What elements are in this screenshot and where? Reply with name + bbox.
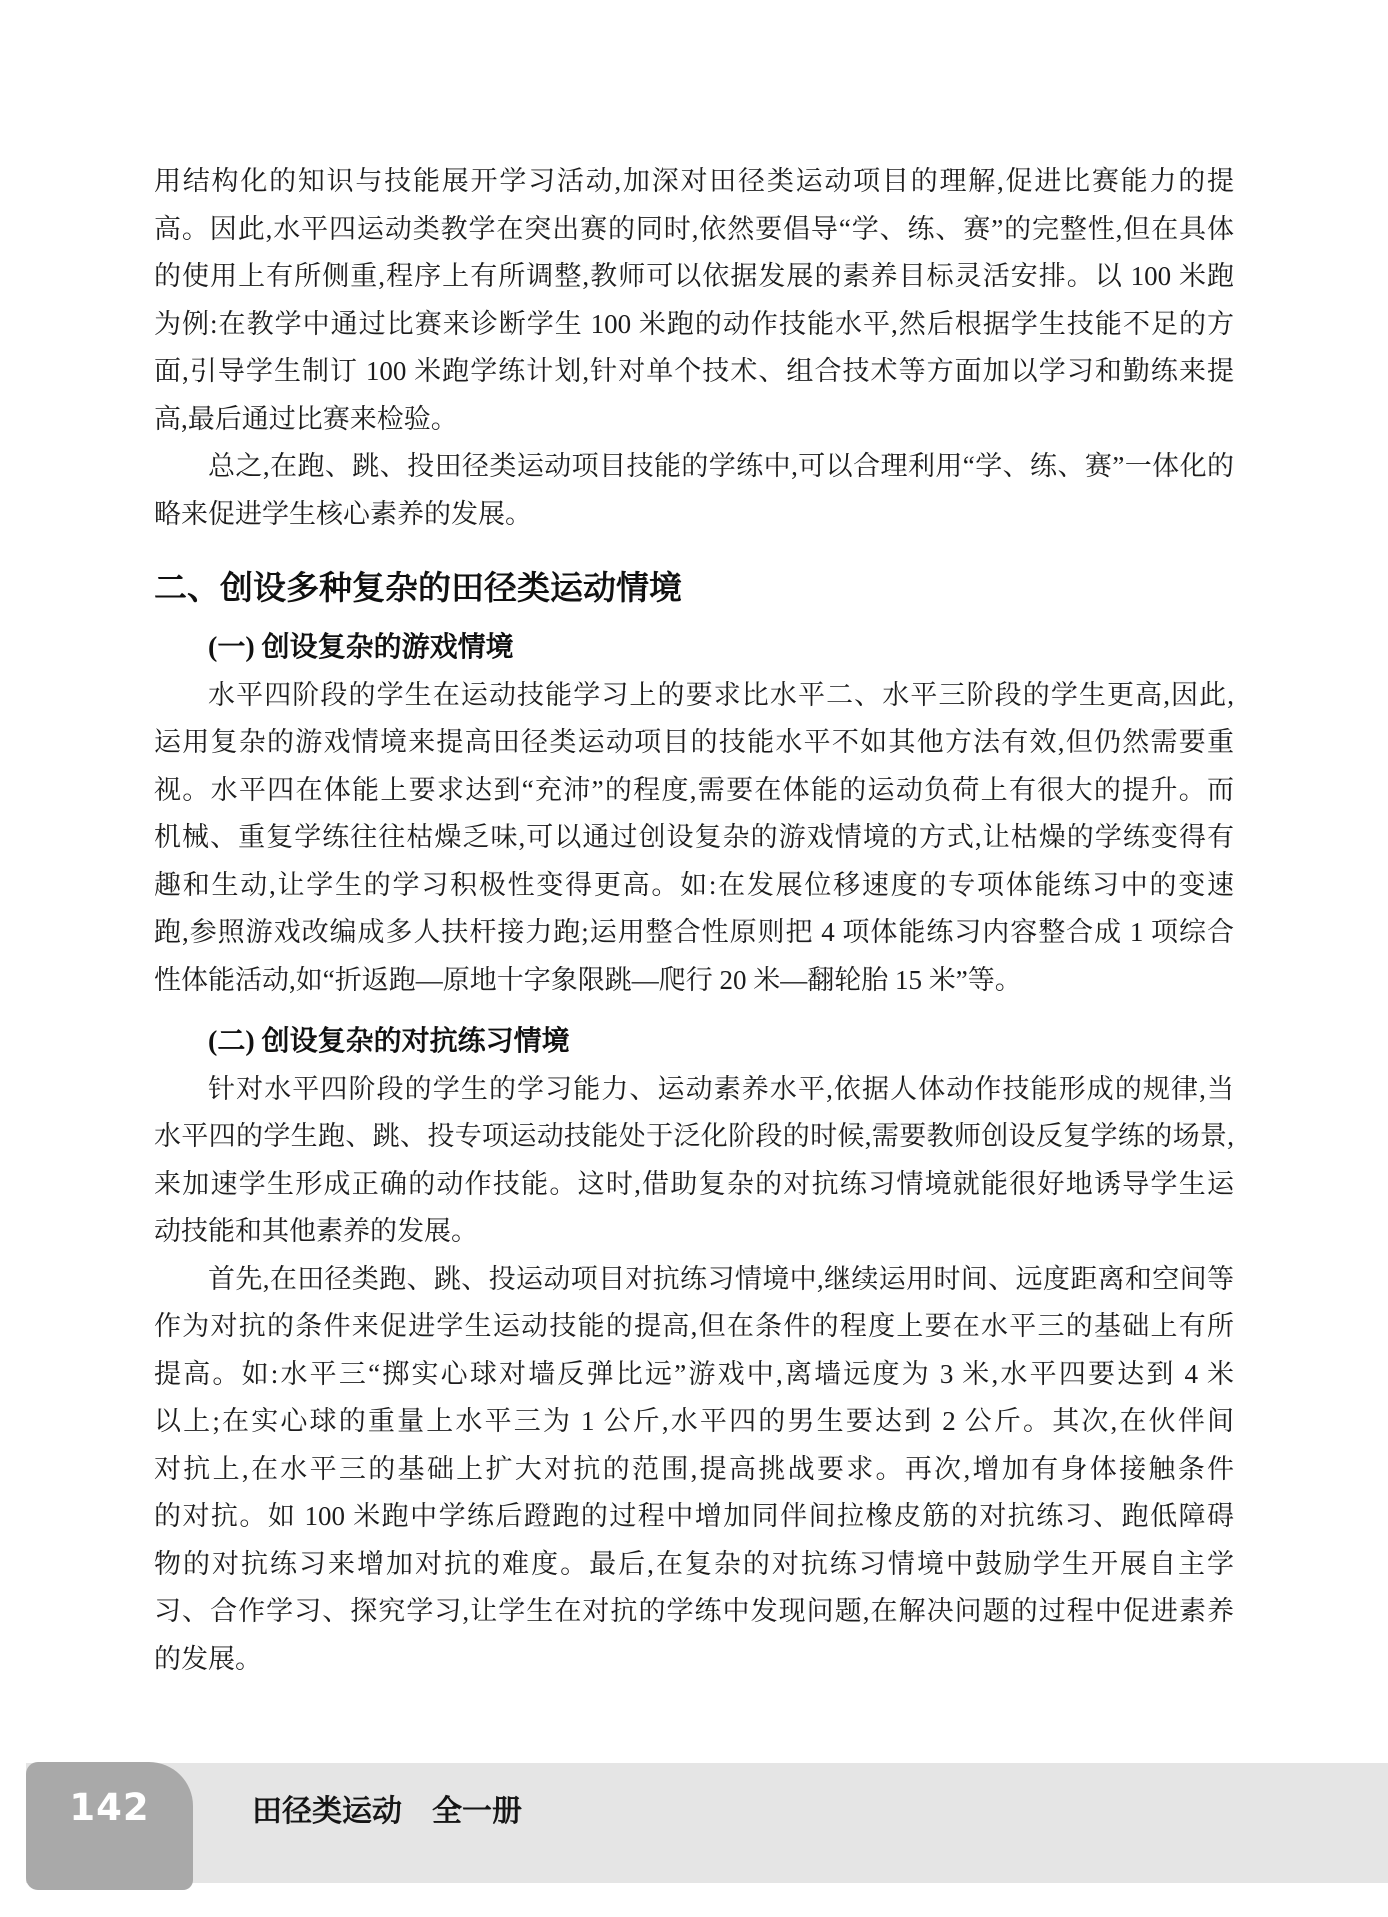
text-line: 高。因此,水平四运动类教学在突出赛的同时,依然要倡导“学、练、赛”的完整性,但在… [154,206,1234,254]
text-line: 对抗上,在水平三的基础上扩大对抗的范围,提高挑战要求。再次,增加有身体接触条件 [154,1446,1234,1494]
text-line: 提高。如:水平三“掷实心球对墙反弹比远”游戏中,离墙远度为 3 米,水平四要达到… [154,1351,1234,1399]
paragraph: 水平四阶段的学生在运动技能学习上的要求比水平二、水平三阶段的学生更高,因此,运用… [154,672,1234,1005]
text-line: 习、合作学习、探究学习,让学生在对抗的学练中发现问题,在解决问题的过程中促进素养 [154,1588,1234,1636]
text-line: 以上;在实心球的重量上水平三为 1 公斤,水平四的男生要达到 2 公斤。其次,在… [154,1398,1234,1446]
page-number: 142 [69,1786,149,1829]
paragraph: 总之,在跑、跳、投田径类运动项目技能的学练中,可以合理利用“学、练、赛”一体化的… [154,443,1234,538]
text-line: 面,引导学生制订 100 米跑学练计划,针对单个技术、组合技术等方面加以学习和勤… [154,348,1234,396]
text-line: 来加速学生形成正确的动作技能。这时,借助复杂的对抗练习情境就能很好地诱导学生运 [154,1161,1234,1209]
text-line: 运用复杂的游戏情境来提高田径类运动项目的技能水平不如其他方法有效,但仍然需要重 [154,719,1234,767]
book-title: 田径类运动 全一册 [252,1794,522,1830]
text-line: 的对抗。如 100 米跑中学练后蹬跑的过程中增加同伴间拉橡皮筋的对抗练习、跑低障… [154,1493,1234,1541]
footer-band [26,1763,1388,1883]
text-line: 视。水平四在体能上要求达到“充沛”的程度,需要在体能的运动负荷上有很大的提升。而 [154,767,1234,815]
text-line: 物的对抗练习来增加对抗的难度。最后,在复杂的对抗练习情境中鼓励学生开展自主学 [154,1541,1234,1589]
text-line: 跑,参照游戏改编成多人扶杆接力跑;运用整合性原则把 4 项体能练习内容整合成 1… [154,909,1234,957]
section-heading: 二、创设多种复杂的田径类运动情境 [154,566,1234,610]
text-line: 作为对抗的条件来促进学生运动技能的提高,但在条件的程度上要在水平三的基础上有所 [154,1303,1234,1351]
text-line: 总之,在跑、跳、投田径类运动项目技能的学练中,可以合理利用“学、练、赛”一体化的… [154,443,1234,491]
text-line: 高,最后通过比赛来检验。 [154,396,1234,444]
text-line: 为例:在教学中通过比赛来诊断学生 100 米跑的动作技能水平,然后根据学生技能不… [154,301,1234,349]
text-line: 用结构化的知识与技能展开学习活动,加深对田径类运动项目的理解,促进比赛能力的提 [154,158,1234,206]
page-number-tab: 142 [26,1762,193,1890]
text-line: 首先,在田径类跑、跳、投运动项目对抗练习情境中,继续运用时间、远度距离和空间等 [154,1256,1234,1304]
paragraph: 用结构化的知识与技能展开学习活动,加深对田径类运动项目的理解,促进比赛能力的提高… [154,158,1234,443]
subsection-heading: (一) 创设复杂的游戏情境 [154,624,1234,672]
text-line: 略来促进学生核心素养的发展。 [154,491,1234,539]
text-line: 水平四的学生跑、跳、投专项运动技能处于泛化阶段的时候,需要教师创设反复学练的场景… [154,1113,1234,1161]
paragraph: 针对水平四阶段的学生的学习能力、运动素养水平,依据人体动作技能形成的规律,当水平… [154,1066,1234,1256]
text-line: 动技能和其他素养的发展。 [154,1208,1234,1256]
page: 用结构化的知识与技能展开学习活动,加深对田径类运动项目的理解,促进比赛能力的提高… [0,0,1388,1917]
paragraph: 首先,在田径类跑、跳、投运动项目对抗练习情境中,继续运用时间、远度距离和空间等作… [154,1256,1234,1684]
subsection-heading: (二) 创设复杂的对抗练习情境 [154,1018,1234,1066]
text-line: 性体能活动,如“折返跑—原地十字象限跳—爬行 20 米—翻轮胎 15 米”等。 [154,957,1234,1005]
text-line: 趣和生动,让学生的学习积极性变得更高。如:在发展位移速度的专项体能练习中的变速 [154,862,1234,910]
text-line: 的发展。 [154,1636,1234,1684]
text-line: 机械、重复学练往往枯燥乏味,可以通过创设复杂的游戏情境的方式,让枯燥的学练变得有 [154,814,1234,862]
text-line: 的使用上有所侧重,程序上有所调整,教师可以依据发展的素养目标灵活安排。以 100… [154,253,1234,301]
document-body: 用结构化的知识与技能展开学习活动,加深对田径类运动项目的理解,促进比赛能力的提高… [154,158,1234,1683]
text-line: 水平四阶段的学生在运动技能学习上的要求比水平二、水平三阶段的学生更高,因此, [154,672,1234,720]
text-line: 针对水平四阶段的学生的学习能力、运动素养水平,依据人体动作技能形成的规律,当 [154,1066,1234,1114]
